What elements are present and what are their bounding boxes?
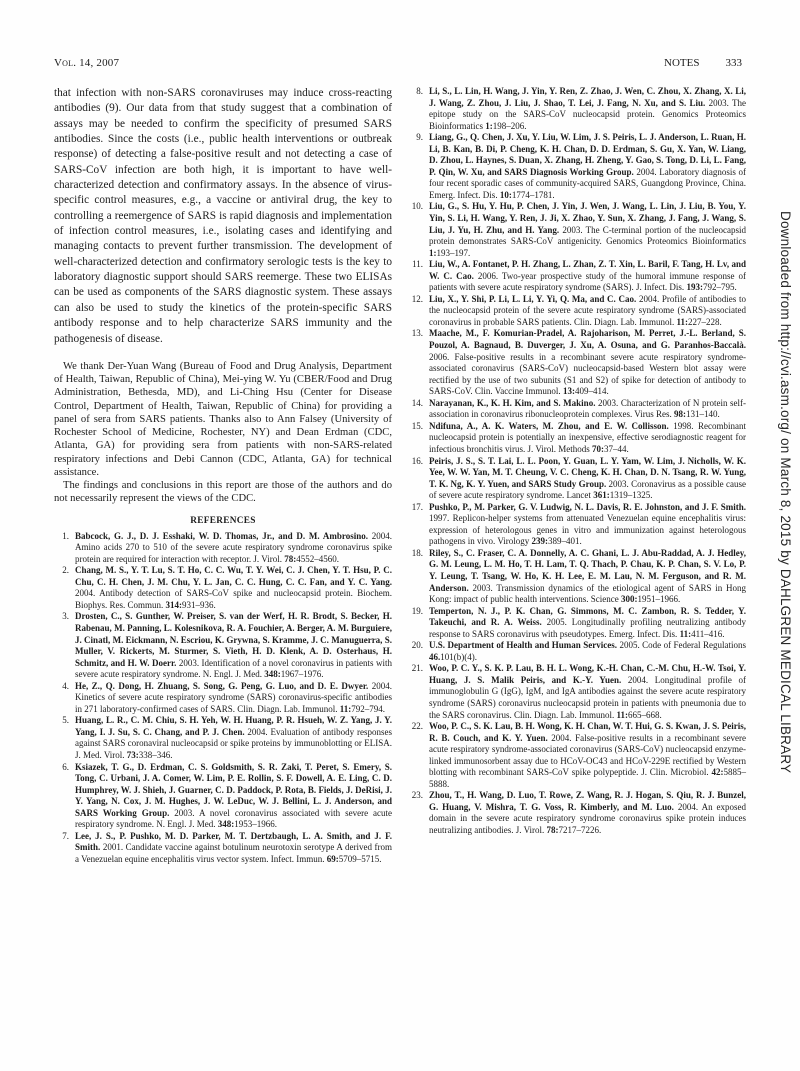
reference-item: 3.Drosten, C., S. Gunther, W. Preiser, S… (54, 611, 392, 680)
section-label: NOTES (664, 57, 699, 69)
reference-list-right: 8.Li, S., L. Lin, H. Wang, J. Yin, Y. Re… (408, 86, 746, 837)
reference-item: 13.Maache, M., F. Komurian-Pradel, A. Ra… (408, 328, 746, 397)
reference-item: 21.Woo, P. C. Y., S. K. P. Lau, B. H. L.… (408, 663, 746, 721)
reference-item: 11.Liu, W., A. Fontanet, P. H. Zhang, L.… (408, 259, 746, 294)
acknowledgments-paragraph: We thank Der-Yuan Wang (Bureau of Food a… (54, 360, 392, 479)
reference-item: 7.Lee, J. S., P. Pushko, M. D. Parker, M… (54, 831, 392, 866)
reference-item: 2.Chang, M. S., Y. T. Lu, S. T. Ho, C. C… (54, 565, 392, 611)
reference-item: 18.Riley, S., C. Fraser, C. A. Donnelly,… (408, 548, 746, 606)
reference-item: 10.Liu, G., S. Hu, Y. Hu, P. Chen, J. Yi… (408, 201, 746, 259)
reference-number: 13. (408, 328, 423, 340)
reference-number: 5. (54, 715, 69, 727)
reference-item: 15.Ndifuna, A., A. K. Waters, M. Zhou, a… (408, 421, 746, 456)
reference-number: 22. (408, 721, 423, 733)
reference-item: 1.Babcock, G. J., D. J. Esshaki, W. D. T… (54, 531, 392, 566)
reference-number: 1. (54, 531, 69, 543)
reference-number: 8. (408, 86, 423, 98)
reference-item: 8.Li, S., L. Lin, H. Wang, J. Yin, Y. Re… (408, 86, 746, 132)
reference-list-left: 1.Babcock, G. J., D. J. Esshaki, W. D. T… (54, 531, 392, 866)
reference-number: 14. (408, 398, 423, 410)
page-number: 333 (726, 57, 743, 69)
reference-number: 23. (408, 790, 423, 802)
reference-number: 11. (408, 259, 423, 271)
reference-number: 18. (408, 548, 423, 560)
reference-number: 12. (408, 294, 423, 306)
running-header: Vol. 14, 2007 NOTES 333 (54, 57, 742, 69)
reference-item: 12.Liu, X., Y. Shi, P. Li, L. Li, Y. Yi,… (408, 294, 746, 329)
reference-number: 10. (408, 201, 423, 213)
reference-item: 9.Liang, G., Q. Chen, J. Xu, Y. Liu, W. … (408, 132, 746, 201)
reference-item: 5.Huang, L. R., C. M. Chiu, S. H. Yeh, W… (54, 715, 392, 761)
references-heading: REFERENCES (54, 516, 392, 526)
volume-label: Vol. 14, 2007 (54, 57, 119, 69)
disclaimer-paragraph: The findings and conclusions in this rep… (54, 479, 392, 506)
reference-item: 14.Narayanan, K., K. H. Kim, and S. Maki… (408, 398, 746, 421)
reference-number: 9. (408, 132, 423, 144)
reference-number: 21. (408, 663, 423, 675)
reference-number: 6. (54, 762, 69, 774)
reference-number: 17. (408, 502, 423, 514)
reference-item: 16.Peiris, J. S., S. T. Lai, L. L. Poon,… (408, 456, 746, 502)
reference-item: 20.U.S. Department of Health and Human S… (408, 640, 746, 663)
reference-item: 4.He, Z., Q. Dong, H. Zhuang, S. Song, G… (54, 681, 392, 716)
body-paragraph: that infection with non-SARS coronavirus… (54, 86, 392, 347)
reference-number: 20. (408, 640, 423, 652)
reference-item: 23.Zhou, T., H. Wang, D. Luo, T. Rowe, Z… (408, 790, 746, 836)
reference-number: 15. (408, 421, 423, 433)
reference-item: 22.Woo, P. C., S. K. Lau, B. H. Wong, K.… (408, 721, 746, 790)
reference-number: 2. (54, 565, 69, 577)
reference-number: 4. (54, 681, 69, 693)
download-watermark: Downloaded from http://cvi.asm.org/ on M… (778, 211, 793, 847)
journal-page: Vol. 14, 2007 NOTES 333 that infection w… (0, 0, 800, 1071)
reference-item: 19.Temperton, N. J., P. K. Chan, G. Simm… (408, 606, 746, 641)
page-content: that infection with non-SARS coronavirus… (54, 86, 746, 865)
left-column: that infection with non-SARS coronavirus… (54, 86, 392, 865)
reference-number: 16. (408, 456, 423, 468)
reference-number: 3. (54, 611, 69, 623)
reference-number: 7. (54, 831, 69, 843)
reference-item: 17.Pushko, P., M. Parker, G. V. Ludwig, … (408, 502, 746, 548)
reference-number: 19. (408, 606, 423, 618)
running-header-right: NOTES 333 (664, 57, 742, 69)
right-column: 8.Li, S., L. Lin, H. Wang, J. Yin, Y. Re… (408, 86, 746, 865)
reference-item: 6.Ksiazek, T. G., D. Erdman, C. S. Golds… (54, 762, 392, 831)
